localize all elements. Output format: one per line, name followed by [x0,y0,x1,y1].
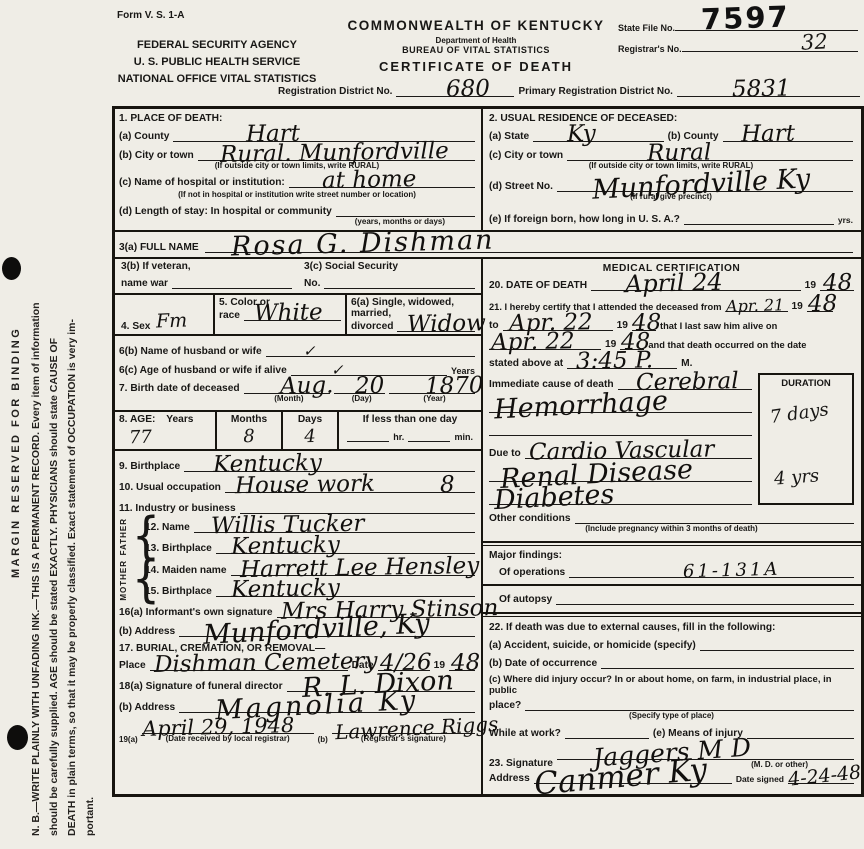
residence-city-value: Rural [647,139,712,166]
accident-line [700,638,854,651]
binding-hole-bottom [7,725,28,750]
duration-value-2: 4 yrs [773,465,820,489]
attended-from-year: 48 [808,291,838,318]
full-name-row: 3(a) FULL NAME Rosa G. Dishman [115,232,861,259]
other-conditions-line [575,511,855,524]
duration-box: DURATION 7 days 4 yrs [758,373,854,505]
injury-where-text: (c) Where did injury occur? In or about … [489,674,854,696]
registrar-row-label: 19(a) [119,735,138,744]
dod-year-prefix: 19 [805,280,816,291]
registrar-no-label: Registrar's No. [618,44,682,54]
registrar-no-line: 32 [682,39,858,52]
form-number: Form V. S. 1-A [117,10,184,21]
sex-value: Fm [156,309,188,332]
state-label: (a) State [489,131,529,142]
birthdate-month: Aug. [279,373,333,400]
city-value: Rural. Munfordville [220,138,449,168]
spouse-check-mark: ✓ [303,342,316,360]
duration-value-1: 7 days [769,399,830,428]
age-years-value: 77 [129,425,212,449]
age-row: 8. AGE: Years 77 Months 8 Days 4 If less… [115,410,481,451]
cause-line-3 [489,423,752,436]
county-label: (a) County [119,131,169,142]
primary-district-value: 5831 [732,75,791,102]
operations-label: Of operations [499,567,565,578]
ssn-label: 3(c) Social Security [304,261,475,272]
margin-note-line3: DEATH in plain terms, so that it may be … [66,319,78,836]
occurrence-date-label: (b) Date of occurrence [489,658,597,669]
file-number-block: State File No. 7597 Registrar's No. 32 [618,4,858,54]
margin-note-line1: N. B.—WRITE PLAINLY WITH UNFADING INK.—T… [30,302,42,836]
birthplace-label: 9. Birthplace [119,461,180,472]
informant-address-line: Munfordville, Ky [179,624,475,637]
margin-binding-text: MARGIN RESERVED FOR BINDING [10,327,22,578]
attended-from-year-prefix: 19 [792,301,803,312]
other-conditions-note: (Include pregnancy within 3 months of de… [489,524,854,534]
age-months-label: Months [231,414,267,425]
age-days-value: 4 [287,425,334,448]
state-file-label: State File No. [618,23,675,33]
means-of-injury-line [747,726,854,739]
due-to-line-3: Diabetes [489,492,752,505]
divider-rule-2 [483,584,861,586]
occupation-code: 8 [440,472,455,498]
physician-address-label: Address [489,773,530,784]
agency-line-1: FEDERAL SECURITY AGENCY [114,37,320,54]
occupation-line: House work 8 [225,480,475,493]
attended-from-line: Apr. 21 [726,299,788,312]
last-alive-value: Apr. 22 [491,328,575,355]
occupation-value: House work [235,471,375,499]
registration-district-label: Registration District No. [278,86,392,97]
race-value: White [253,299,322,326]
father-group: FATHER { 12. Name Willis Tucker 13. Birt… [119,517,475,557]
marital-label-2: divorced [351,321,393,332]
binding-hole-top [2,257,21,280]
registration-district-line: 680 [396,84,514,97]
burial-year-value: 48 [450,650,480,677]
date-of-death-line: April 24 [591,278,801,291]
birthdate-day: 20 [355,373,385,400]
birthdate-day-line: 20 [334,381,386,394]
operations-value: 61-131A [683,559,781,583]
date-received-value: April 29, 1948 [141,713,294,741]
burial-place-label: Place [119,660,146,671]
birthdate-year: 1870 [425,372,484,399]
sex-race-marital-row: 4. Sex Fm 5. Color or race White [115,295,481,336]
last-alive-text: that I last saw him alive on [660,321,777,331]
date-signed-label: Date signed [736,774,784,784]
mother-birthplace-line: Kentucky [216,584,475,597]
residence-county-value: Hart [741,121,795,148]
residence-city-line: Rural [567,148,853,161]
foreign-born-label: (e) If foreign born, how long in U. S. A… [489,214,680,225]
meridiem-label: M. [681,358,692,369]
min-label: min. [454,432,473,442]
death-occurred-text: and that death occurred on the date [648,340,806,350]
age-days-label: Days [298,414,322,425]
age-label: 8. AGE: [119,414,155,425]
certificate-form: 1. PLACE OF DEATH: (a) County Hart (b) C… [112,106,864,797]
personal-column: 3(b) If veteran, name war 3(c) Social Se… [115,259,483,794]
birthdate-month-line: Aug. [244,381,330,394]
ssn-line [324,276,475,289]
father-side-label: FATHER [119,518,132,555]
injury-place-note: (Specify type of place) [489,711,854,721]
father-birthplace-line: Kentucky [216,541,475,554]
state-file-stamp: 7597 [701,4,791,31]
medical-certification-column: MEDICAL CERTIFICATION 20. DATE OF DEATH … [483,259,861,794]
physician-address-line: Canmer Ky [534,771,732,784]
funeral-director-label: 18(a) Signature of funeral director [119,681,283,692]
marital-line: Widow [397,319,475,332]
stay-line [336,204,475,217]
race-label-2: race [219,310,240,321]
hospital-value: at home [322,166,417,194]
autopsy-label: Of autopsy [499,594,552,605]
issuing-agency-block: FEDERAL SECURITY AGENCY U. S. PUBLIC HEA… [114,37,320,88]
mother-side-label: MOTHER [119,560,132,601]
date-of-death-value: April 24 [624,268,722,299]
margin-note-line2: should be carefully supplied. AGE should… [48,338,60,836]
margin-note-line4: portant. [84,797,96,836]
occurrence-date-line [601,656,854,669]
residence-section: 2. USUAL RESIDENCE OF DECEASED: (a) Stat… [483,109,861,230]
bureau-line: BUREAU OF VITAL STATISTICS [330,45,622,55]
department-line: Department of Health [330,36,622,45]
injury-place-line [525,698,854,711]
hospital-label: (c) Name of hospital or institution: [119,177,285,188]
age-months-value: 8 [221,425,278,448]
funeral-address-line: Magnolia Ky [179,700,475,713]
veteran-label: 3(b) If veteran, [121,261,292,272]
attended-from-value: Apr. 21 [725,295,784,316]
veteran-war-line [172,276,292,289]
spouse-name-line: ✓ [266,344,475,357]
state-file-line: 7597 [675,4,858,31]
certificate-title: CERTIFICATE OF DEATH [330,59,622,74]
sex-label: 4. Sex [121,321,150,332]
due-to-label: Due to [489,448,521,459]
stated-above-label: stated above at [489,358,563,369]
age-years-label: Years [166,414,193,425]
full-name-label: 3(a) FULL NAME [119,242,199,253]
accident-label: (a) Accident, suicide, or homicide (spec… [489,640,696,651]
registrar-row: 19(a) April 29, 1948 (Date received by l… [119,721,475,744]
ssn-no-label: No. [304,278,320,289]
divider-rule-3 [483,612,861,617]
registrar-sig-prefix: (b) [318,735,328,744]
death-time-line: 3:45 P. [567,356,677,369]
state-line: Ky [533,129,663,142]
minutes-line [408,429,450,442]
occupation-label: 10. Usual occupation [119,482,221,493]
primary-district-line: 5831 [677,84,860,97]
marital-value: Widow [407,310,486,337]
primary-district-label: Primary Registration District No. [518,86,672,97]
registration-district-value: 680 [446,76,490,103]
residence-city-label: (c) City or town [489,150,563,161]
informant-address-label: (b) Address [119,626,175,637]
race-line: White [244,308,341,321]
veteran-ssn-row: 3(b) If veteran, name war 3(c) Social Se… [115,259,481,295]
immediate-cause-value2: Hemorrhage [494,385,669,425]
mother-group: MOTHER { 14. Maiden name Harrett Lee Hen… [119,560,475,601]
injury-place-label: place? [489,700,521,711]
while-at-work-line [565,726,649,739]
external-causes-heading: 22. If death was due to external causes,… [489,622,854,633]
birthdate-year-line: 1870 [389,381,475,394]
dod-year-line: 48 [820,278,854,291]
stay-label: (d) Length of stay: In hospital or commu… [119,206,332,217]
due-to-line-2: Renal Disease [489,469,752,482]
registrar-no-value: 32 [801,29,829,54]
spouse-name-label: 6(b) Name of husband or wife [119,346,262,357]
while-at-work-label: While at work? [489,728,561,739]
mother-name-line: Harrett Lee Hensley [231,563,475,576]
street-line: Munfordville Ky [557,179,853,192]
city-label: (b) City or town [119,150,194,161]
father-name-line: Willis Tucker [194,520,475,533]
foreign-born-line [684,212,834,225]
divider-rule-1 [483,541,861,546]
certificate-heading: COMMONWEALTH OF KENTUCKY Department of H… [330,18,622,74]
birthdate-label: 7. Birth date of deceased [119,383,240,394]
commonwealth-title: COMMONWEALTH OF KENTUCKY [330,18,622,33]
funeral-address-label: (b) Address [119,702,175,713]
state-value: Ky [567,121,596,147]
residence-county-line: Hart [723,129,853,142]
veteran-war-label: name war [121,278,168,289]
residence-heading: 2. USUAL RESIDENCE OF DECEASED: [489,113,853,124]
agency-line-2: U. S. PUBLIC HEALTH SERVICE [114,54,320,71]
hours-line [347,429,389,442]
attended-from-year-line: 48 [807,299,833,312]
hr-label: hr. [393,432,404,442]
burial-place-line: Dishman Cemetery [150,658,348,671]
hospital-note: (If not in hospital or institution write… [119,190,475,200]
duration-heading: DURATION [760,378,852,389]
operations-line: 61-131A [569,565,854,578]
death-certificate-scan: MARGIN RESERVED FOR BINDING N. B.—WRITE … [0,0,864,849]
registration-district-row: Registration District No. 680 Primary Re… [278,84,860,97]
date-signed-line: 4-24-48 [788,771,854,784]
cause-of-death-block: Immediate cause of death Cerebral Hemorr… [489,373,854,505]
street-label: (d) Street No. [489,181,553,192]
spouse-age-label: 6(c) Age of husband or wife if alive [119,365,287,376]
major-findings-label: Major findings: [489,550,854,561]
hospital-line: at home [289,175,475,188]
autopsy-line [556,592,854,605]
foreign-born-unit: yrs. [838,215,853,225]
cause-line-2: Hemorrhage [489,400,752,413]
date-of-death-label: 20. DATE OF DEATH [489,280,587,291]
full-name-line: Rosa G. Dishman [205,240,853,253]
registrar-signature-line: Lawrence Riggs [332,721,475,734]
less-than-day-label: If less than one day [343,414,477,425]
place-of-death-section: 1. PLACE OF DEATH: (a) County Hart (b) C… [115,109,483,230]
mother-brace: { [132,557,145,603]
city-line: Rural. Munfordville [198,148,475,161]
full-name-value: Rosa G. Dishman [230,225,494,263]
date-received-line: April 29, 1948 [142,721,314,734]
birthplace-line: Kentucky [184,459,475,472]
